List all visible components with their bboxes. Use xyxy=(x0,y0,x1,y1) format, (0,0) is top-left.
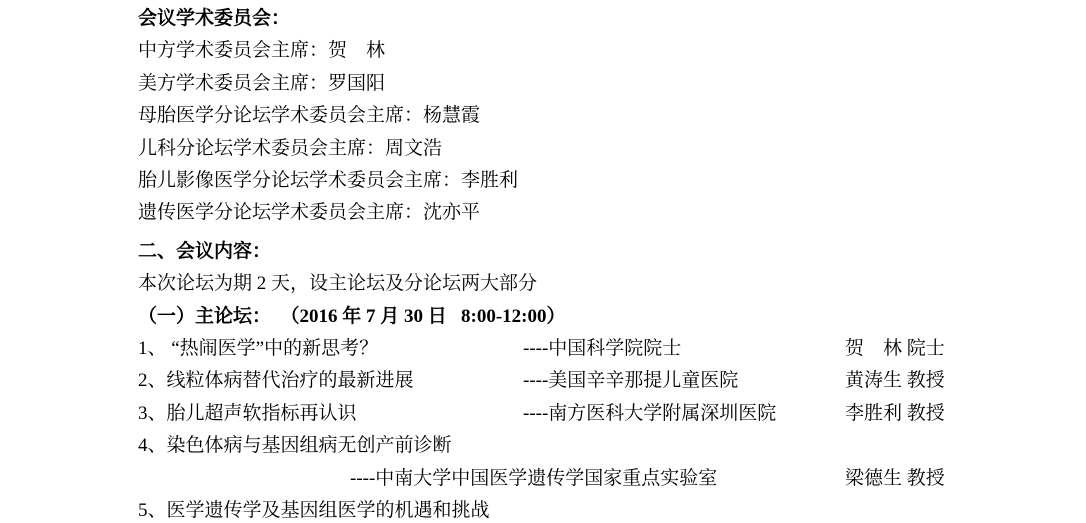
talk-affiliation: ----中国科学院院士 xyxy=(523,333,845,365)
session-heading: （一）主论坛： （2016 年 7 月 30 日 8:00-12:00） xyxy=(138,301,1086,333)
talk-row-4-title: 4、染色体病与基因组病无创产前诊断 xyxy=(138,430,1086,462)
document-page: 会议学术委员会： 中方学术委员会主席：贺 林 美方学术委员会主席：罗国阳 母胎医… xyxy=(0,0,1086,523)
committee-member-genetics-chair: 遗传医学分论坛学术委员会主席：沈亦平 xyxy=(138,197,1086,229)
talk-affiliation: ----中南大学中国医学遗传学国家重点实验室 xyxy=(350,463,845,495)
talk-row-1: 1、 “热闹医学”中的新思考？ ----中国科学院院士 贺 林 院士 xyxy=(138,333,1086,365)
talk-affiliation: ----南方医科大学附属深圳医院 xyxy=(523,398,845,430)
committee-member-us-chair: 美方学术委员会主席：罗国阳 xyxy=(138,68,1086,100)
committee-member-cn-chair: 中方学术委员会主席：贺 林 xyxy=(138,35,1086,67)
committee-member-pediatrics-chair: 儿科分论坛学术委员会主席：周文浩 xyxy=(138,133,1086,165)
agenda-intro: 本次论坛为期 2 天，设主论坛及分论坛两大部分 xyxy=(138,268,1086,300)
talk-title: 3、胎儿超声软指标再认识 xyxy=(138,398,523,430)
talk-title: 1、 “热闹医学”中的新思考？ xyxy=(138,333,523,365)
talk-row-3: 3、胎儿超声软指标再认识 ----南方医科大学附属深圳医院 李胜利 教授 xyxy=(138,398,1086,430)
talk-speaker: 梁德生 教授 xyxy=(845,463,1086,495)
talk-row-4-continuation: ----中南大学中国医学遗传学国家重点实验室 梁德生 教授 xyxy=(138,463,1086,495)
talk-speaker: 黄涛生 教授 xyxy=(845,365,1086,397)
talk-affiliation: ----美国辛辛那提儿童医院 xyxy=(523,365,845,397)
talk-speaker: 贺 林 院士 xyxy=(845,333,1086,365)
talk-speaker: 李胜利 教授 xyxy=(845,398,1086,430)
talk-title: 2、线粒体病替代治疗的最新进展 xyxy=(138,365,523,397)
committee-member-fetal-imaging-chair: 胎儿影像医学分论坛学术委员会主席：李胜利 xyxy=(138,165,1086,197)
committee-heading: 会议学术委员会： xyxy=(138,3,1086,35)
agenda-heading: 二、会议内容： xyxy=(138,236,1086,268)
committee-member-maternal-fetal-chair: 母胎医学分论坛学术委员会主席：杨慧霞 xyxy=(138,100,1086,132)
talk-row-5-title: 5、医学遗传学及基因组医学的机遇和挑战 xyxy=(138,495,1086,523)
talk-row-2: 2、线粒体病替代治疗的最新进展 ----美国辛辛那提儿童医院 黄涛生 教授 xyxy=(138,365,1086,397)
